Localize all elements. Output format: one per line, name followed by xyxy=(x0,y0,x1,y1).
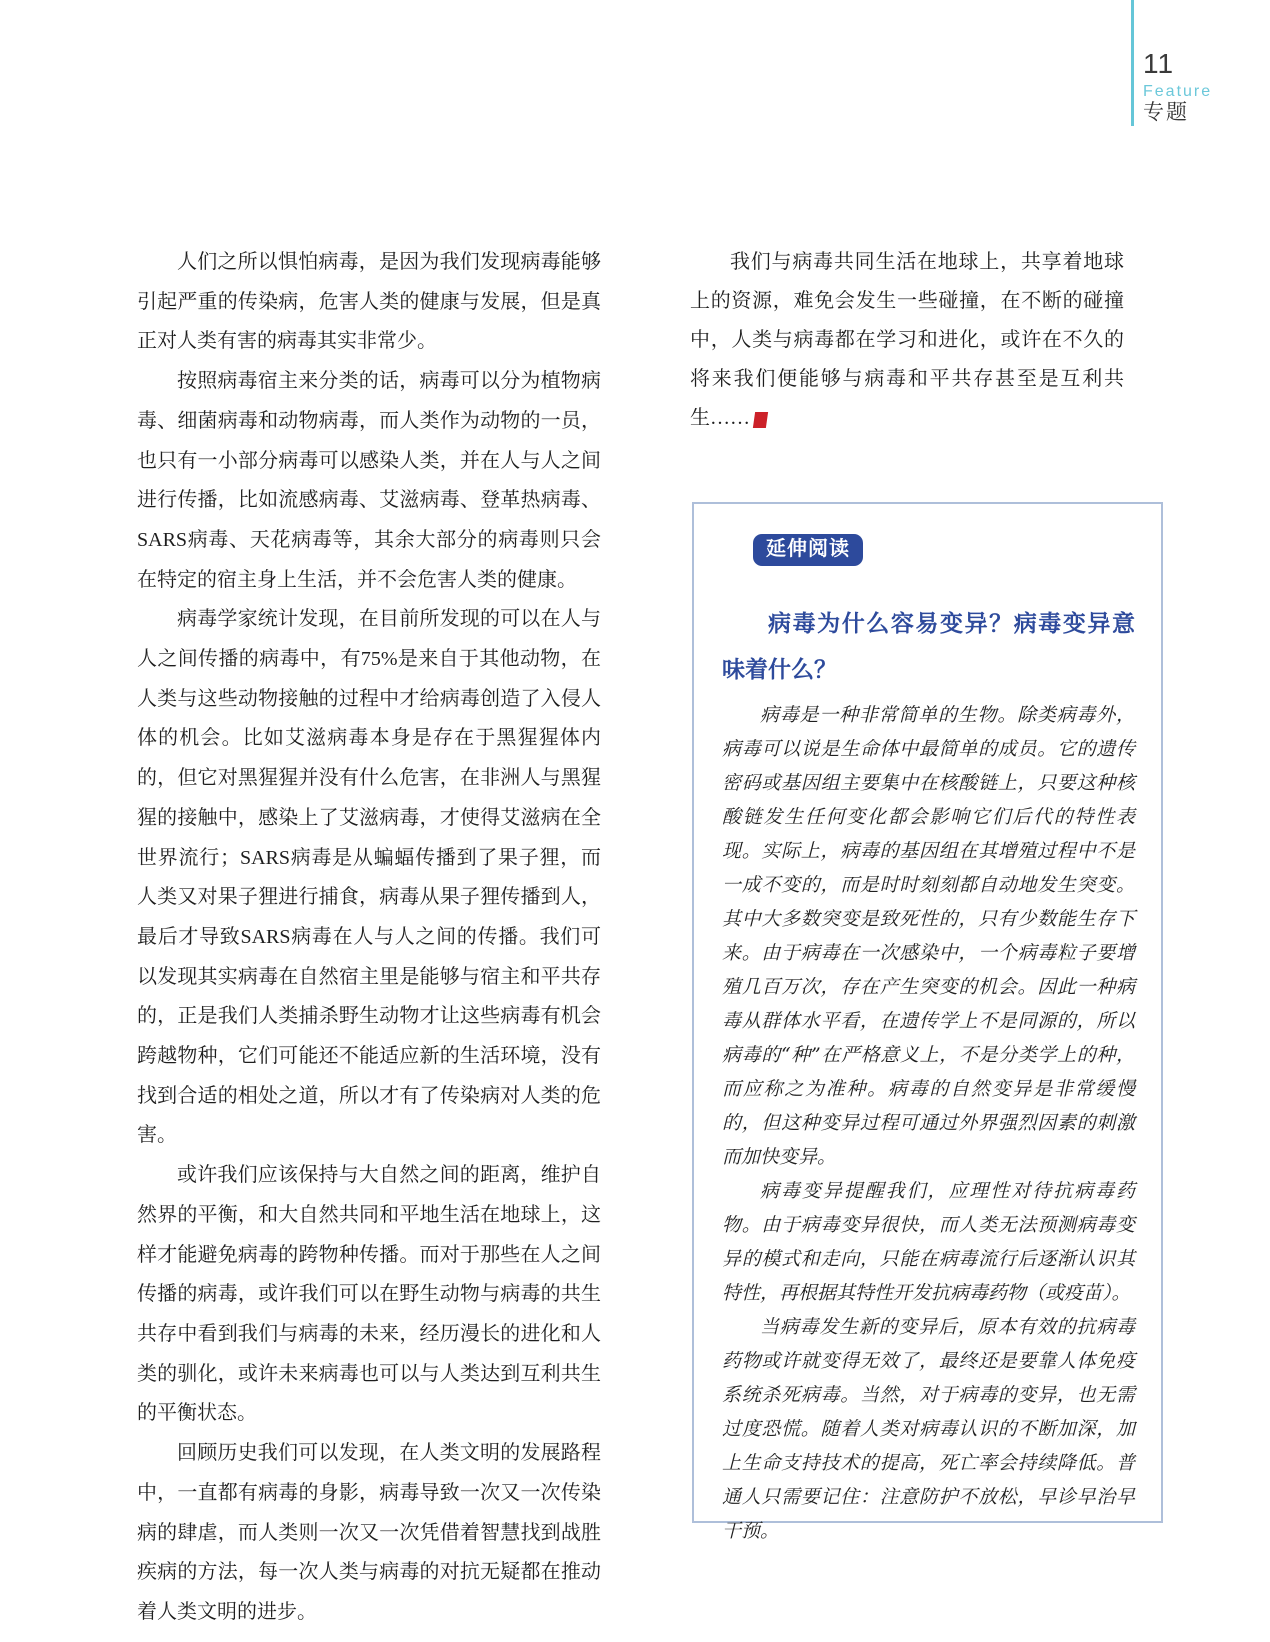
article-end-icon: S xyxy=(753,412,768,428)
section-label-en: Feature xyxy=(1143,84,1212,100)
paragraph: 人们之所以惧怕病毒，是因为我们发现病毒能够引起严重的传染病，危害人类的健康与发展… xyxy=(137,243,601,362)
paragraph: 按照病毒宿主来分类的话，病毒可以分为植物病毒、细菌病毒和动物病毒，而人类作为动物… xyxy=(137,362,601,600)
magazine-page: 11 Feature 专题 人们之所以惧怕病毒，是因为我们发现病毒能够引起严重的… xyxy=(0,0,1270,1642)
intro-text: 我们与病毒共同生活在地球上，共享着地球上的资源，难免会发生一些碰撞，在不断的碰撞… xyxy=(690,251,1124,429)
extended-reading-box: 延伸阅读 病毒为什么容易变异？病毒变异意味着什么？ 病毒是一种非常简单的生物。除… xyxy=(692,502,1163,1523)
extended-reading-body: 病毒是一种非常简单的生物。除类病毒外，病毒可以说是生命体中最简单的成员。它的遗传… xyxy=(722,698,1135,1548)
right-text-column: 我们与病毒共同生活在地球上，共享着地球上的资源，难免会发生一些碰撞，在不断的碰撞… xyxy=(690,243,1124,438)
page-number: 11 xyxy=(1143,50,1174,78)
paragraph: 病毒学家统计发现，在目前所发现的可以在人与人之间传播的病毒中，有75%是来自于其… xyxy=(137,600,601,1156)
paragraph: 当病毒发生新的变异后，原本有效的抗病毒药物或许就变得无效了，最终还是要靠人体免疫… xyxy=(722,1310,1135,1548)
paragraph: 回顾历史我们可以发现，在人类文明的发展路程中，一直都有病毒的身影，病毒导致一次又… xyxy=(137,1434,601,1633)
paragraph: 或许我们应该保持与大自然之间的距离，维护自然界的平衡，和大自然共同和平地生活在地… xyxy=(137,1156,601,1434)
left-text-column: 人们之所以惧怕病毒，是因为我们发现病毒能够引起严重的传染病，危害人类的健康与发展… xyxy=(137,243,601,1633)
extended-reading-badge: 延伸阅读 xyxy=(753,534,863,566)
paragraph: 病毒变异提醒我们，应理性对待抗病毒药物。由于病毒变异很快，而人类无法预测病毒变异… xyxy=(722,1174,1135,1310)
header-accent-line xyxy=(1131,0,1134,126)
extended-reading-title: 病毒为什么容易变异？病毒变异意味着什么？ xyxy=(722,600,1135,692)
paragraph: 病毒是一种非常简单的生物。除类病毒外，病毒可以说是生命体中最简单的成员。它的遗传… xyxy=(722,698,1135,1174)
paragraph: 我们与病毒共同生活在地球上，共享着地球上的资源，难免会发生一些碰撞，在不断的碰撞… xyxy=(690,243,1124,438)
section-label-zh: 专题 xyxy=(1143,102,1189,124)
